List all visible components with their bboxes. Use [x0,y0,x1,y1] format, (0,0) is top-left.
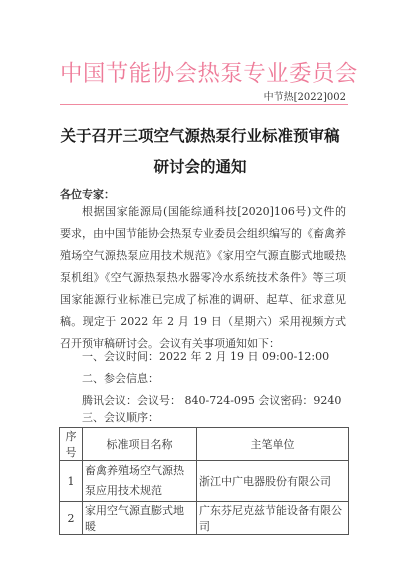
table-header-row: 序号 标准项目名称 主笔单位 [60,428,349,461]
header-standard-name: 标准项目名称 [83,428,197,461]
body-text: 根据国家能源局(国能综通科技[2020]106号)文件的要求，由中国节能协会热泵… [60,201,346,355]
section-meeting-order: 三、会议顺序： [82,409,159,425]
row-no: 2 [60,502,83,535]
row-lead-unit: 浙江中广电器股份有限公司 [197,461,349,502]
tencent-meeting-info: 腾讯会议：会议号： 840-724-095 会议密码：9240 [82,392,341,408]
header-no: 序号 [60,428,83,461]
letterhead-divider [60,104,348,105]
row-no: 1 [60,461,83,502]
row-standard-name: 畜禽养殖场空气源热泵应用技术规范 [83,461,197,502]
section-meeting-time: 一、会议时间：2022 年 2 月 19 日 09:00-12:00 [82,348,329,364]
organization-name: 中国节能协会热泵专业委员会 [60,56,350,88]
intro-paragraph: 根据国家能源局(国能综通科技[2020]106号)文件的要求，由中国节能协会热泵… [60,201,346,355]
schedule-table: 序号 标准项目名称 主笔单位 1 畜禽养殖场空气源热泵应用技术规范 浙江中广电器… [59,427,349,535]
header-lead-unit: 主笔单位 [197,428,349,461]
table-row: 1 畜禽养殖场空气源热泵应用技术规范 浙江中广电器股份有限公司 [60,461,349,502]
table-row: 2 家用空气源直膨式地暖 广东芬尼克兹节能设备有限公司 [60,502,349,535]
salutation: 各位专家： [60,186,115,202]
document-number: 中节热[2022]002 [264,88,346,103]
document-title-line2: 研讨会的通知 [0,155,400,177]
row-standard-name: 家用空气源直膨式地暖 [83,502,197,535]
section-attendance-info: 二、参会信息： [82,370,159,386]
row-lead-unit: 广东芬尼克兹节能设备有限公司 [197,502,349,535]
document-title-line1: 关于召开三项空气源热泵行业标准预审稿 [0,124,400,146]
